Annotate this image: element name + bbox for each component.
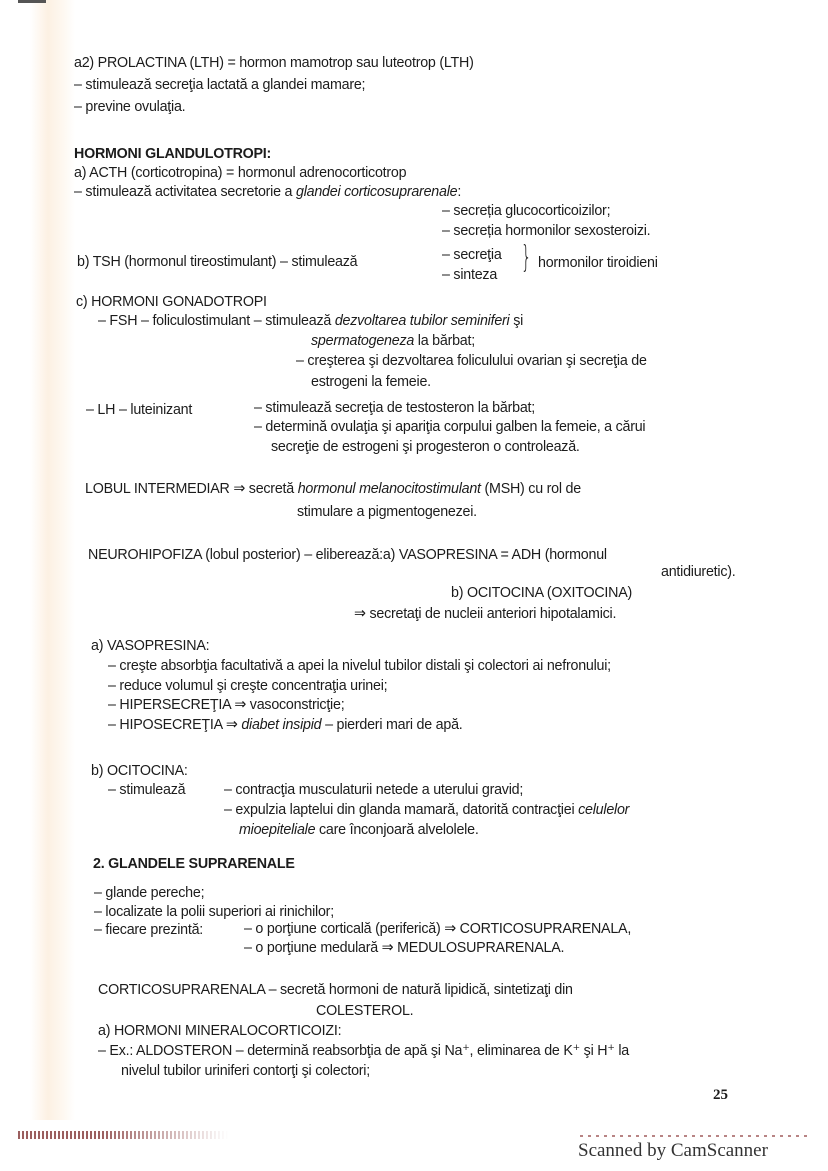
text-span: la bărbat; <box>414 332 475 349</box>
text-span: – FSH – foliculostimulant – stimulează <box>98 312 335 329</box>
lobul-intermediar-line: LOBUL INTERMEDIAR ⇒ secretă hormonul mel… <box>85 480 581 498</box>
neurohipofiza-line: NEUROHIPOFIZA (lobul posterior) – eliber… <box>88 546 607 564</box>
vasopresina-bullet-1: – creşte absorbţia facultativă a apei la… <box>108 657 611 675</box>
prolactina-bullet-1: – stimulează secreţia lactată a glandei … <box>74 76 365 94</box>
text-span: LOBUL INTERMEDIAR ⇒ secretă <box>85 480 298 497</box>
suprarenale-bullet-3-a: – o porţiune corticală (periferică) ⇒ CO… <box>244 920 631 938</box>
acth-line: a) ACTH (corticotropina) = hormonul adre… <box>74 164 406 182</box>
prolactina-bullet-2: – previne ovulaţia. <box>74 98 185 116</box>
suprarenale-bullet-3-b: – o porţiune medulară ⇒ MEDULOSUPRARENAL… <box>244 939 564 957</box>
lh-line-1: – stimulează secreţia de testosteron la … <box>254 399 535 417</box>
neurohipofiza-line-3: b) OCITOCINA (OXITOCINA) <box>451 584 632 602</box>
page-number: 25 <box>713 1087 728 1104</box>
italic-term: celulelor <box>578 801 629 818</box>
lobul-intermediar-line-2: stimulare a pigmentogenezei. <box>297 503 477 521</box>
acth-sub-2: – secreția hormonilor sexosteroizi. <box>442 222 650 240</box>
mineralocorticoizi-heading: a) HORMONI MINERALOCORTICOIZI: <box>98 1022 341 1040</box>
fsh-line: – FSH – foliculostimulant – stimulează d… <box>98 312 523 330</box>
section-heading-glandulotropi: HORMONI GLANDULOTROPI: <box>74 145 271 163</box>
italic-term: diabet insipid <box>241 716 321 733</box>
camscanner-watermark: Scanned by CamScanner <box>578 1140 768 1162</box>
lh-label: – LH – luteinizant <box>86 401 192 419</box>
text-span: şi <box>509 312 523 329</box>
aldosteron-line-2: nivelul tubilor uriniferi contorţi şi co… <box>121 1062 370 1080</box>
vasopresina-bullet-2: – reduce volumul şi creşte concentraţia … <box>108 677 387 695</box>
fsh-line-4: estrogeni la femeie. <box>311 373 431 391</box>
tsh-line: b) TSH (hormonul tireostimulant) – stimu… <box>77 253 357 271</box>
neurohipofiza-line-4: ⇒ secretaţi de nucleii anteriori hipotal… <box>354 605 616 623</box>
gonadotropi-heading: c) HORMONI GONADOTROPI <box>76 293 267 311</box>
italic-term: mioepiteliale <box>239 821 315 838</box>
text-span: – HIPOSECREŢIA ⇒ <box>108 716 241 733</box>
acth-sub-1: – secreția glucocorticoizilor; <box>442 202 610 220</box>
lh-line-3: secreţie de estrogeni şi progesteron o c… <box>271 438 580 456</box>
corticosuprarenala-line: CORTICOSUPRARENALA – secretă hormoni de … <box>98 981 573 999</box>
italic-term: spermatogeneza <box>311 332 414 349</box>
aldosteron-line: – Ex.: ALDOSTERON – determină reabsorbţi… <box>98 1042 629 1060</box>
fsh-line-3: – creşterea şi dezvoltarea foliculului o… <box>296 352 647 370</box>
vasopresina-bullet-4: – HIPOSECREŢIA ⇒ diabet insipid – pierde… <box>108 716 463 734</box>
neurohipofiza-line-2: antidiuretic). <box>661 563 735 581</box>
ocitocina-stimuleaza: – stimulează <box>108 781 185 799</box>
vasopresina-bullet-3: – HIPERSECREŢIA ⇒ vasoconstricţie; <box>108 696 344 714</box>
fsh-line-2: spermatogeneza la bărbat; <box>311 332 475 350</box>
ocitocina-bullet-1: – contracţia musculaturii netede a uteru… <box>224 781 523 799</box>
text-span: – stimulează activitatea secretorie a <box>74 183 296 200</box>
vasopresina-heading: a) VASOPRESINA: <box>91 637 209 655</box>
italic-term: glandei corticosuprarenale <box>296 183 457 200</box>
tsh-sub-2: – sinteza <box>442 266 497 284</box>
prolactina-heading: a2) PROLACTINA (LTH) = hormon mamotrop s… <box>74 54 474 72</box>
section-heading-suprarenale: 2. GLANDELE SUPRARENALE <box>93 855 295 873</box>
lh-line-2: – determină ovulaţia şi apariţia corpulu… <box>254 418 645 436</box>
document-page: a2) PROLACTINA (LTH) = hormon mamotrop s… <box>0 0 828 1171</box>
corticosuprarenala-line-2: COLESTEROL. <box>316 1002 413 1020</box>
italic-term: dezvoltarea tubilor seminiferi <box>335 312 510 329</box>
scan-artifact-right <box>580 1135 808 1137</box>
ocitocina-bullet-2: – expulzia laptelui din glanda mamară, d… <box>224 801 629 819</box>
text-span: care înconjoară alvelolele. <box>315 821 478 838</box>
suprarenale-bullet-2: – localizate la polii superiori ai rinic… <box>94 903 334 921</box>
text-span: : <box>457 183 461 200</box>
curly-brace: } <box>521 243 532 273</box>
suprarenale-bullet-3-label: – fiecare prezintă: <box>94 921 203 939</box>
tsh-sub-1: – secreţia <box>442 246 502 264</box>
italic-term: hormonul melanocitostimulant <box>298 480 481 497</box>
text-span: – expulzia laptelui din glanda mamară, d… <box>224 801 578 818</box>
tsh-target: hormonilor tiroidieni <box>538 254 658 272</box>
text-span: (MSH) cu rol de <box>481 480 581 497</box>
suprarenale-bullet-1: – glande pereche; <box>94 884 204 902</box>
text-span: – pierderi mari de apă. <box>321 716 462 733</box>
acth-bullet: – stimulează activitatea secretorie a gl… <box>74 183 461 201</box>
ocitocina-heading: b) OCITOCINA: <box>91 762 188 780</box>
scan-artifact-left <box>18 1131 228 1139</box>
ocitocina-bullet-2-cont: mioepiteliale care înconjoară alvelolele… <box>239 821 479 839</box>
